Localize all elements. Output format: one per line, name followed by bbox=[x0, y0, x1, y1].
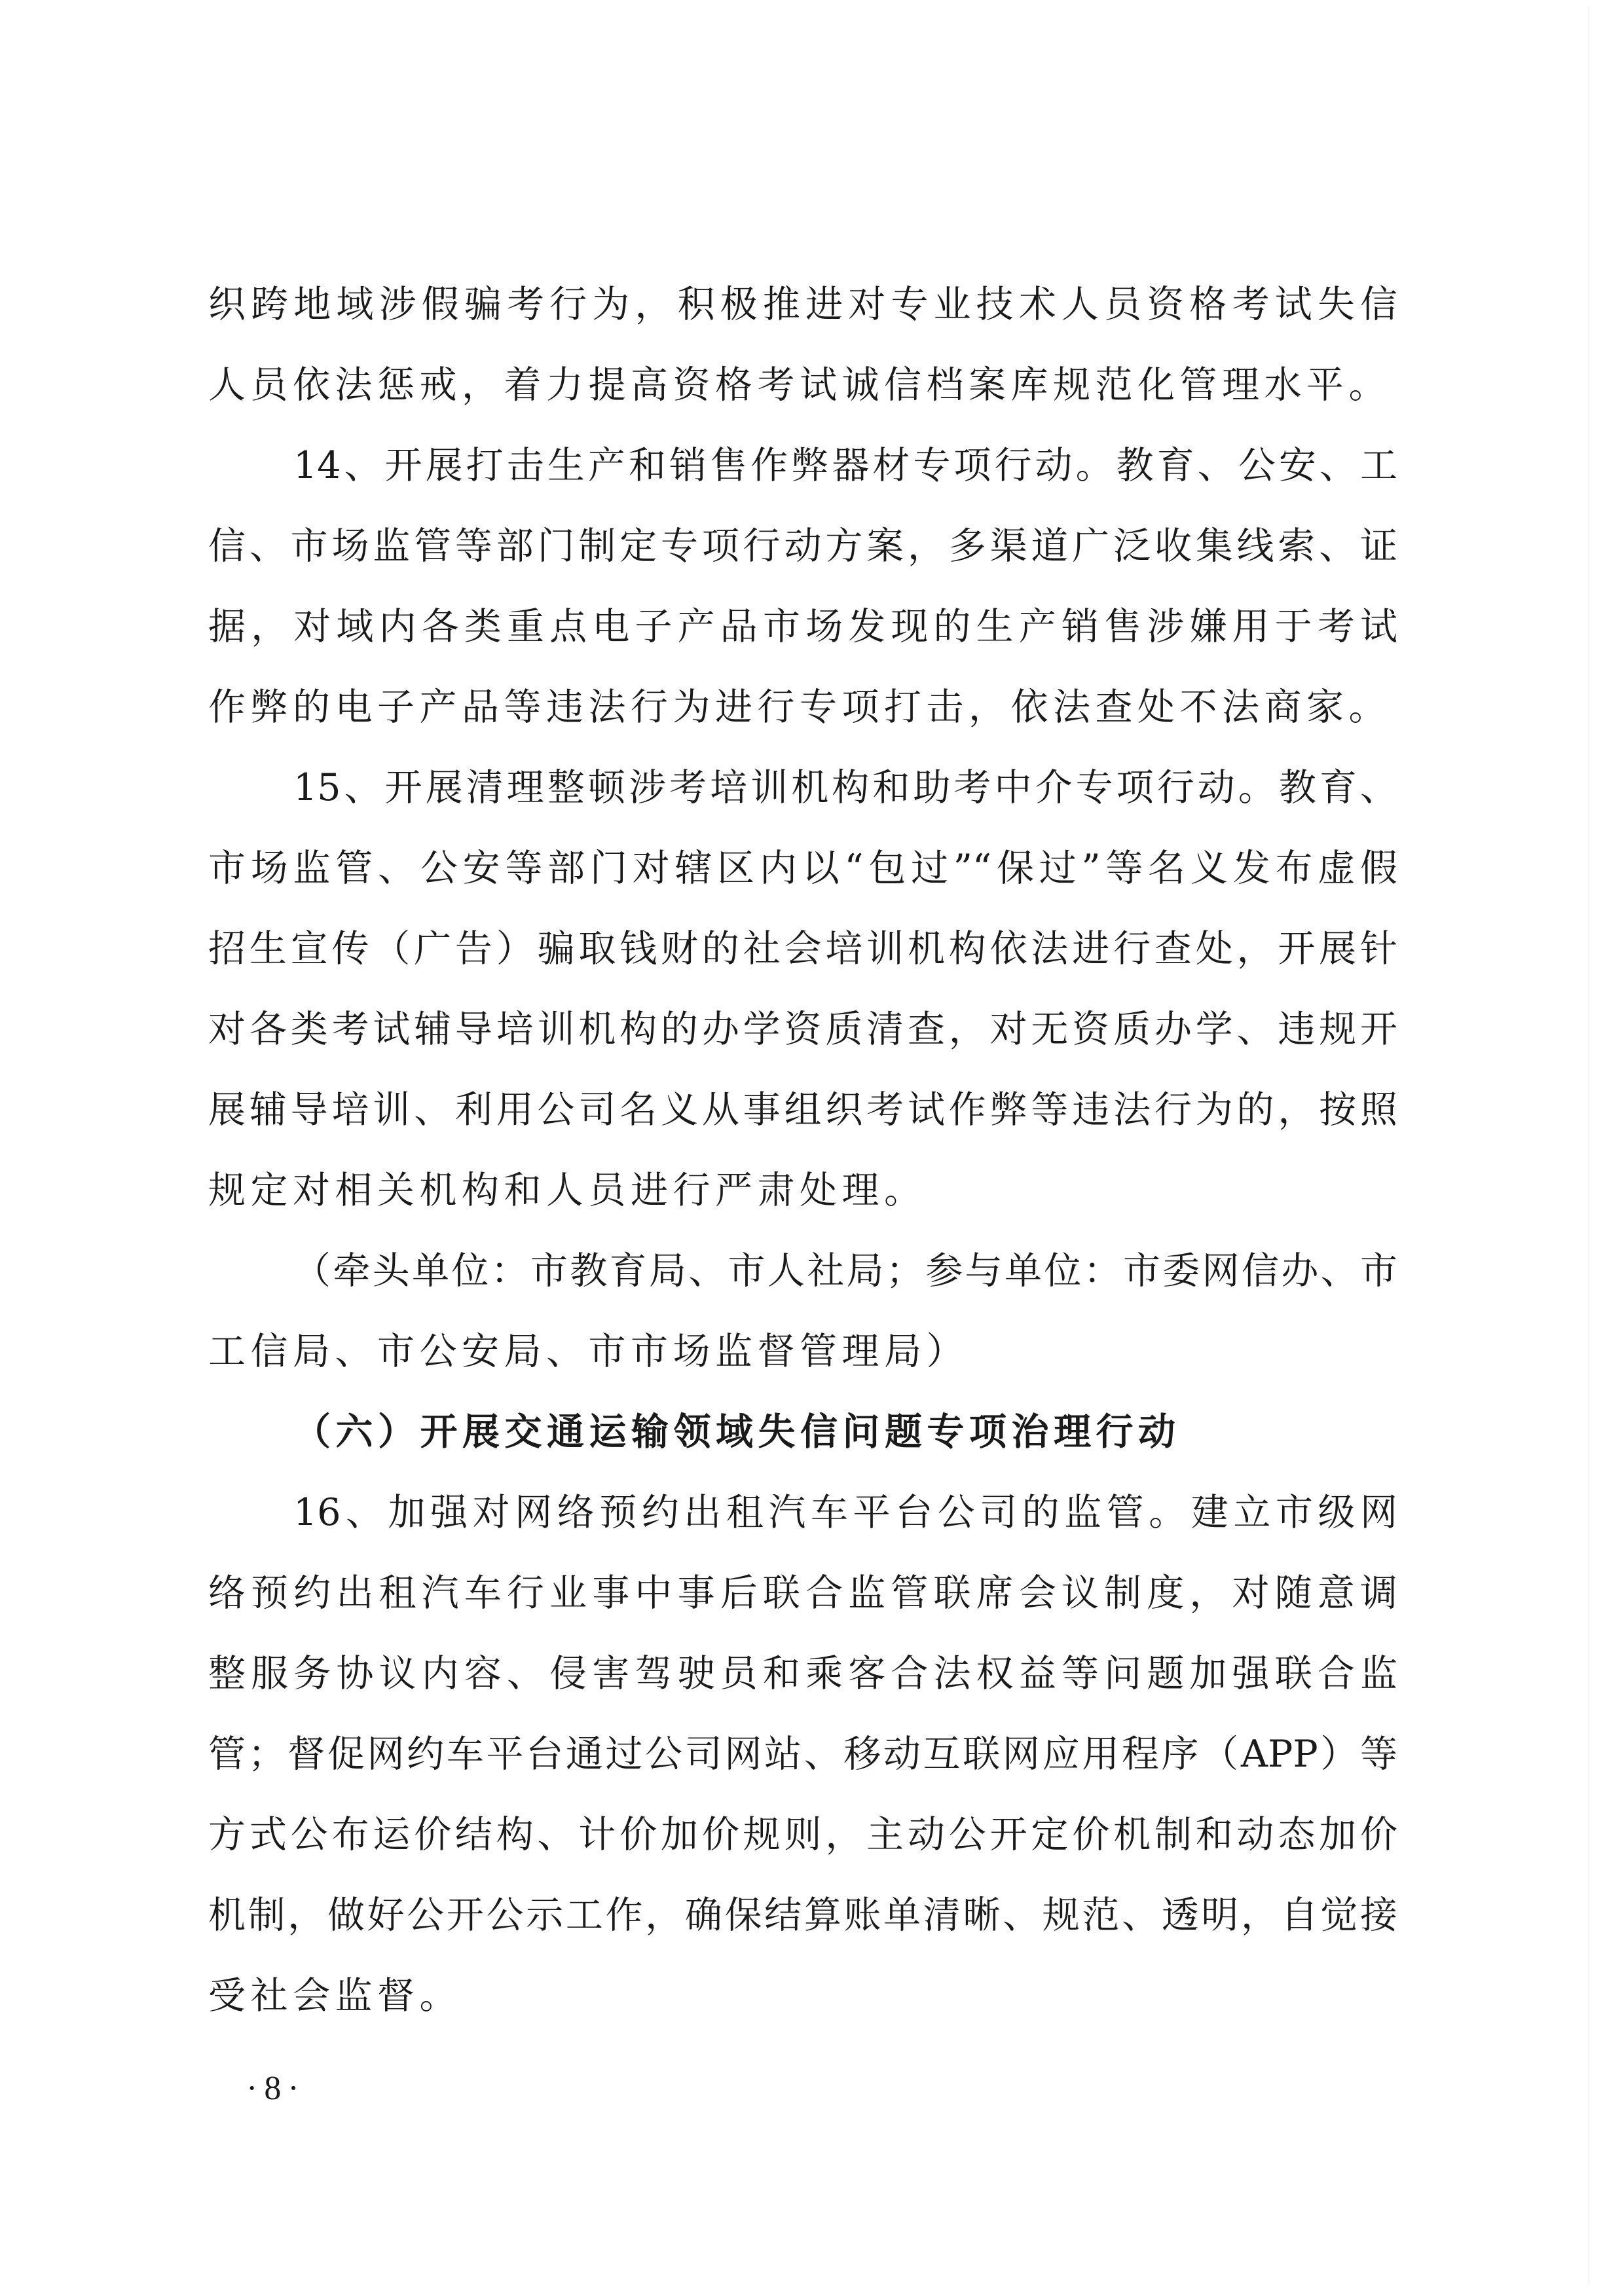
paragraph-line: 作弊的电子产品等违法行为进行专项打击，依法查处不法商家。 bbox=[208, 684, 1397, 731]
responsible-units-line: 工信局、市公安局、市市场监督管理局） bbox=[208, 1328, 1397, 1375]
paragraph-line: 对各类考试辅导培训机构的办学资质清查，对无资质办学、违规开 bbox=[208, 1006, 1397, 1053]
paragraph-line: 市场监管、公安等部门对辖区内以“包过”“保过”等名义发布虚假 bbox=[208, 845, 1397, 892]
paragraph-line: 规定对相关机构和人员进行严肃处理。 bbox=[208, 1167, 1397, 1214]
paragraph-line: 管；督促网约车平台通过公司网站、移动互联网应用程序（APP）等 bbox=[208, 1731, 1397, 1778]
paragraph-line: 据，对域内各类重点电子产品市场发现的生产销售涉嫌用于考试 bbox=[208, 603, 1397, 650]
paragraph-line: 受社会监督。 bbox=[208, 1972, 1397, 2019]
item-16-title-line: 16、加强对网络预约出租汽车平台公司的监管。建立市级网 bbox=[293, 1489, 1397, 1536]
paragraph-line: 络预约出租汽车行业事中事后联合监管联席会议制度，对随意调 bbox=[208, 1570, 1397, 1617]
paragraph-line: 织跨地域涉假骗考行为，积极推进对专业技术人员资格考试失信 bbox=[208, 281, 1397, 328]
paragraph-line: 招生宣传（广告）骗取钱财的社会培训机构依法进行查处，开展针 bbox=[208, 925, 1397, 972]
page-number: ·8· bbox=[246, 2069, 306, 2108]
item-14-title-line: 14、开展打击生产和销售作弊器材专项行动。教育、公安、工 bbox=[293, 442, 1397, 489]
section-heading: （六）开展交通运输领域失信问题专项治理行动 bbox=[293, 1408, 1397, 1456]
item-15-title-line: 15、开展清理整顿涉考培训机构和助考中介专项行动。教育、 bbox=[293, 764, 1397, 811]
paragraph-line: 方式公布运价结构、计价加价规则，主动公开定价机制和动态加价 bbox=[208, 1811, 1397, 1858]
paragraph-line: 展辅导培训、利用公司名义从事组织考试作弊等违法行为的，按照 bbox=[208, 1086, 1397, 1133]
document-page: 织跨地域涉假骗考行为，积极推进对专业技术人员资格考试失信 人员依法惩戒，着力提高… bbox=[0, 0, 1624, 2295]
paragraph-line: 整服务协议内容、侵害驾驶员和乘客合法权益等问题加强联合监 bbox=[208, 1650, 1397, 1697]
scan-edge-line bbox=[1587, 7, 1590, 2285]
paragraph-line: 机制，做好公开公示工作，确保结算账单清晰、规范、透明，自觉接 bbox=[208, 1892, 1397, 1939]
responsible-units-line: （牵头单位：市教育局、市人社局；参与单位：市委网信办、市 bbox=[293, 1247, 1397, 1294]
paragraph-line: 信、市场监管等部门制定专项行动方案，多渠道广泛收集线索、证 bbox=[208, 523, 1397, 570]
paragraph-line: 人员依法惩戒，着力提高资格考试诚信档案库规范化管理水平。 bbox=[208, 361, 1397, 409]
